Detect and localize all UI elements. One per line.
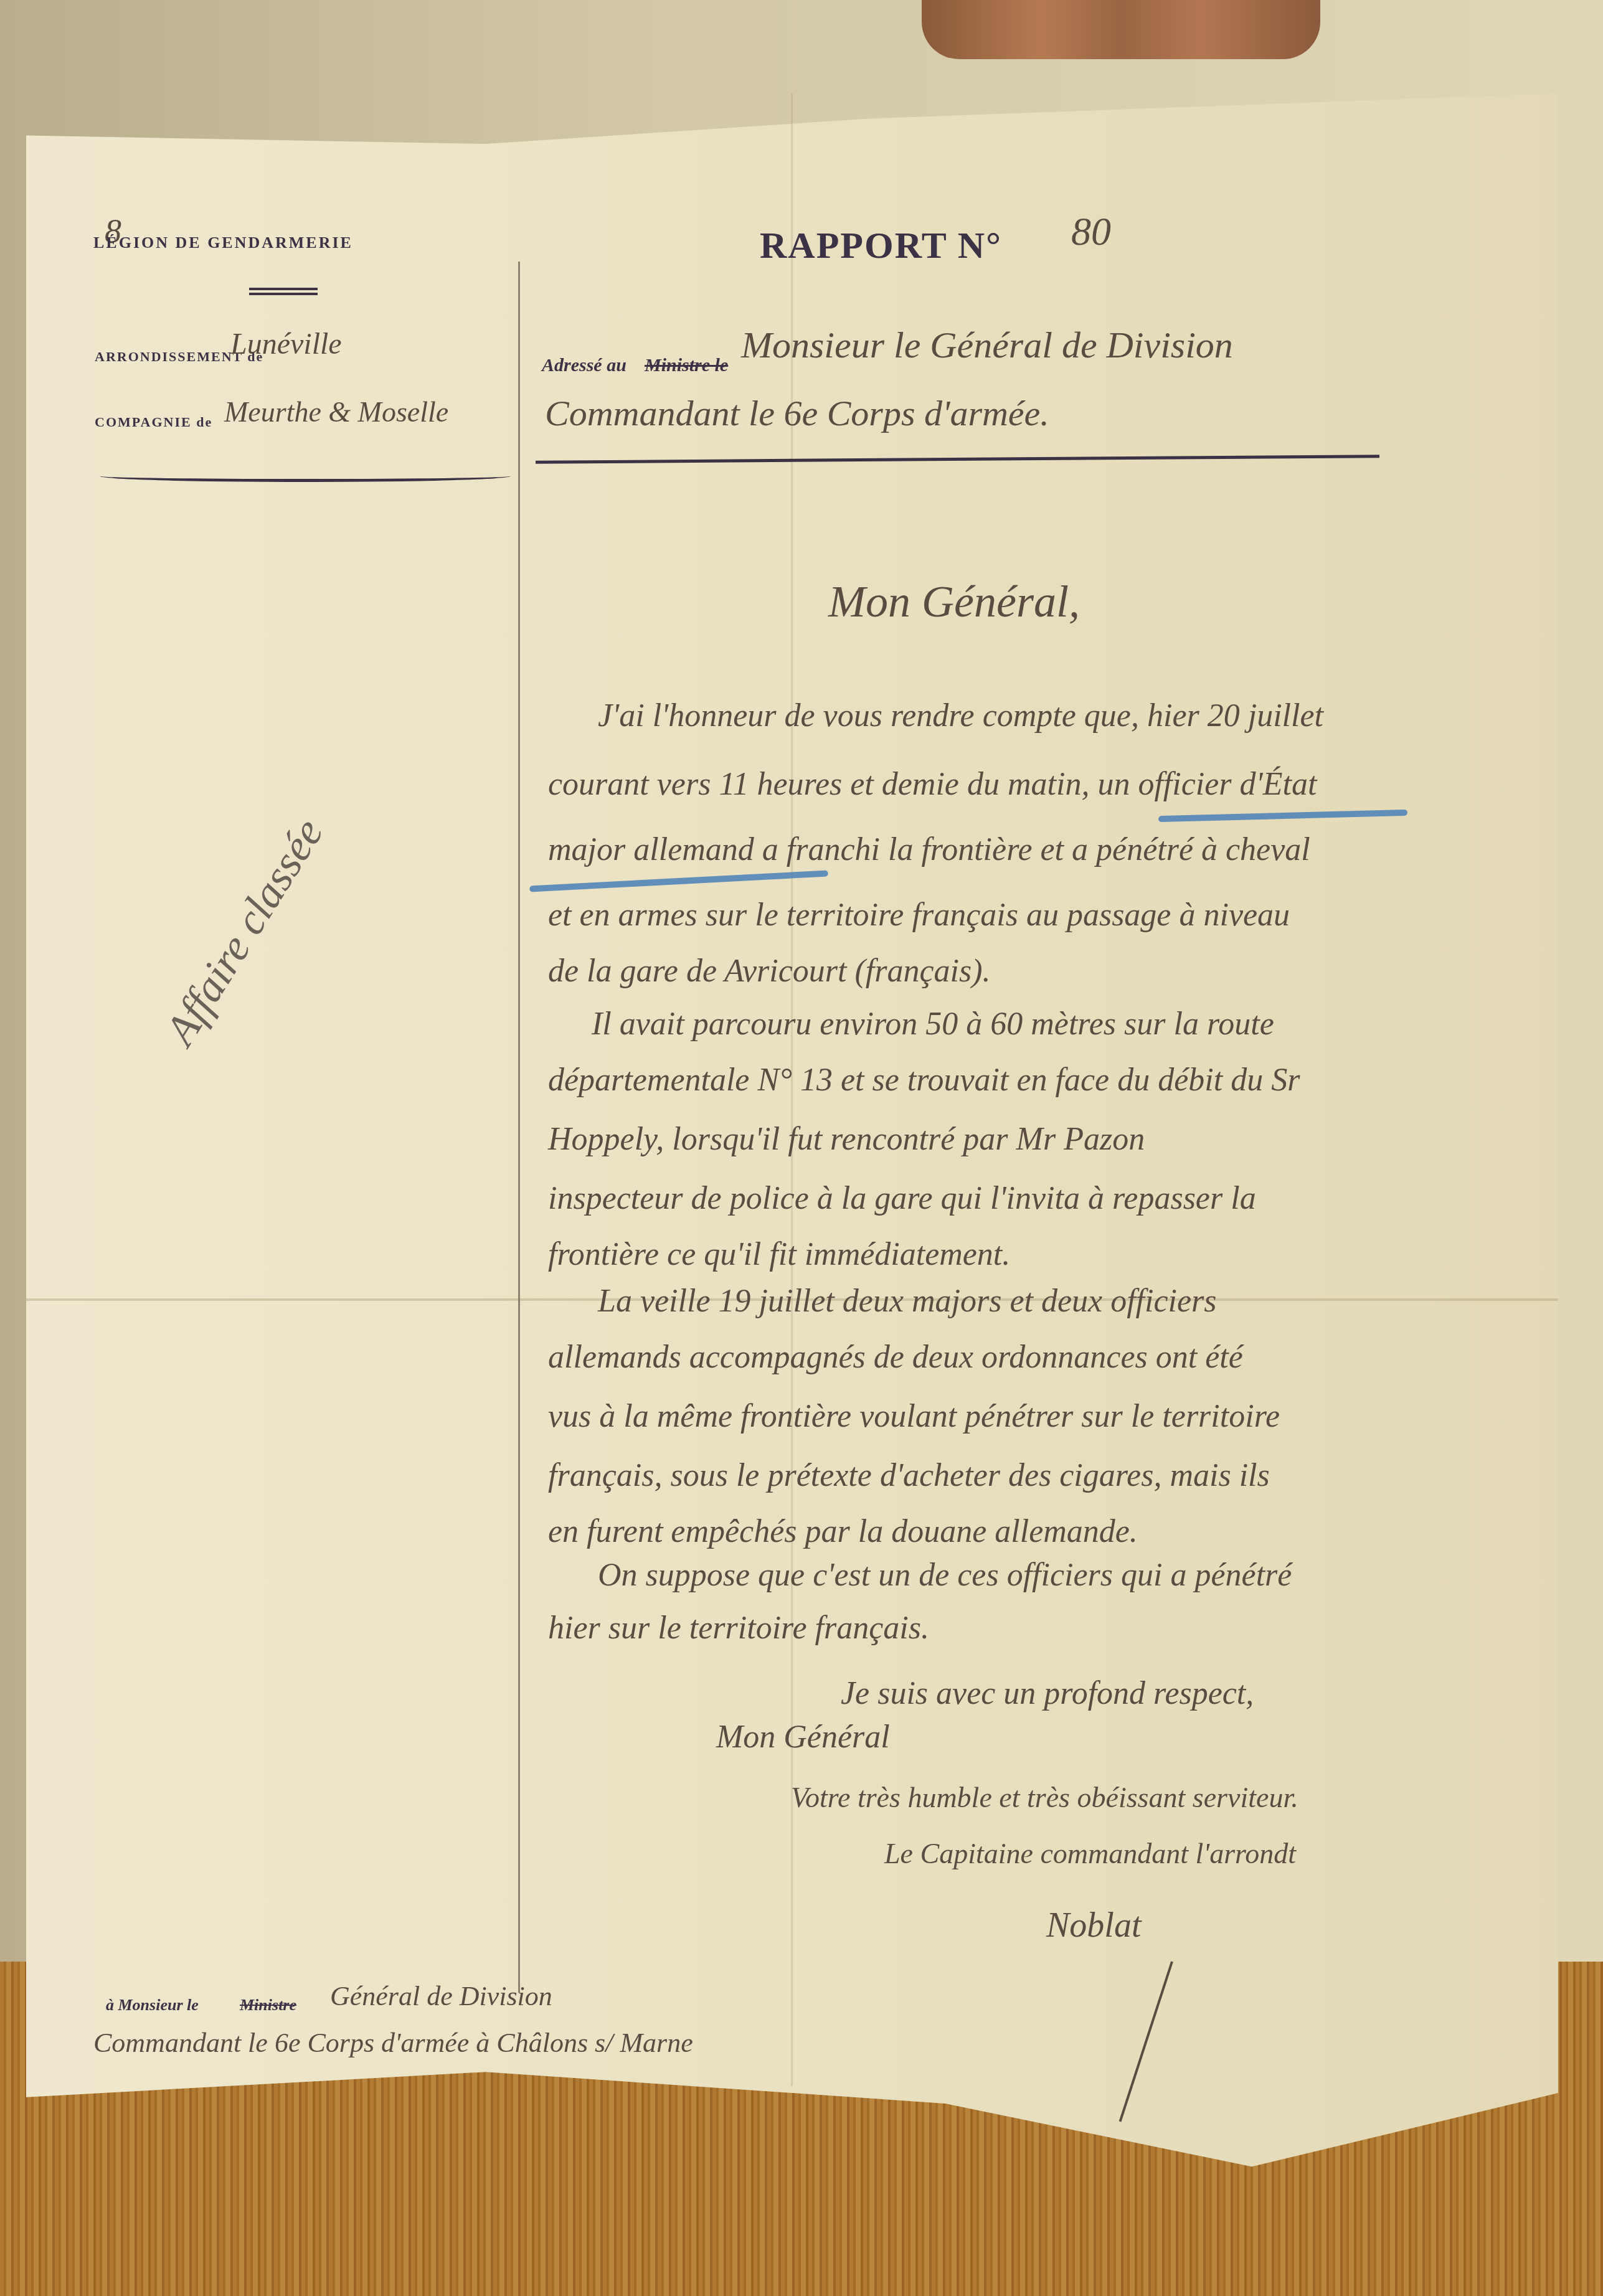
letter-line: La veille 19 juillet deux majors et deux… [598, 1283, 1217, 1320]
addressed-struck-text: Ministre le [645, 355, 728, 376]
salutation: Mon Général, [828, 576, 1080, 628]
letter-line: J'ai l'honneur de vous rendre compte que… [598, 697, 1323, 734]
letter-line: départementale N° 13 et se trouvait en f… [548, 1062, 1300, 1098]
report-number: 80 [1071, 209, 1111, 255]
signature: Noblat [1046, 1906, 1141, 1945]
report-title: RAPPORT N° [760, 224, 1002, 267]
double-rule-top [249, 288, 318, 290]
double-rule-bottom [249, 293, 318, 295]
letter-line: de la gare de Avricourt (français). [548, 953, 991, 990]
letter-line: hier sur le territoire français. [548, 1610, 929, 1646]
letter-line: français, sous le prétexte d'acheter des… [548, 1457, 1270, 1494]
arrondissement-value: Lunéville [230, 327, 342, 361]
letter-line: vus à la même frontière voulant pénétrer… [548, 1398, 1280, 1435]
closing-line: Je suis avec un profond respect, [841, 1675, 1254, 1712]
letter-line: courant vers 11 heures et demie du matin… [548, 766, 1317, 803]
footer-prefix: à Monsieur le [106, 1996, 199, 2015]
letter-line: allemands accompagnés de deux ordonnance… [548, 1339, 1243, 1376]
letter-line: et en armes sur le territoire français a… [548, 897, 1290, 933]
footer-addressee-line-1: Général de Division [330, 1980, 552, 2012]
letter-line: major allemand a franchi la frontière et… [548, 831, 1310, 868]
letter-line: inspecteur de police à la gare qui l'inv… [548, 1180, 1256, 1217]
letter-line: en furent empêchés par la douane alleman… [548, 1513, 1138, 1550]
column-divider [518, 262, 520, 1993]
letter-line: Hoppely, lorsqu'il fut rencontré par Mr … [548, 1121, 1145, 1158]
letter-line: frontière ce qu'il fit immédiatement. [548, 1236, 1010, 1273]
closing-line: Mon Général [716, 1719, 890, 1755]
addressed-label: Adressé au [542, 355, 627, 376]
letter-line: On suppose que c'est un de ces officiers… [598, 1557, 1292, 1594]
addressee-line-1: Monsieur le Général de Division [741, 324, 1233, 367]
closing-line: Votre très humble et très obéissant serv… [791, 1781, 1298, 1814]
compagnie-value: Meurthe & Moselle [224, 395, 448, 428]
footer-struck-text: Ministre [240, 1996, 296, 2015]
legion-label: LÉGION DE GENDARMERIE [93, 234, 353, 252]
addressee-line-2: Commandant le 6e Corps d'armée. [545, 392, 1049, 434]
holding-fingers [922, 0, 1320, 59]
footer-addressee-line-2: Commandant le 6e Corps d'armée à Châlons… [93, 2027, 693, 2059]
letter-line: Il avait parcouru environ 50 à 60 mètres… [592, 1006, 1274, 1042]
compagnie-label: COMPAGNIE de [95, 414, 212, 430]
closing-line: Le Capitaine commandant l'arrondt [884, 1837, 1296, 1870]
ornamental-flourish [100, 470, 511, 482]
